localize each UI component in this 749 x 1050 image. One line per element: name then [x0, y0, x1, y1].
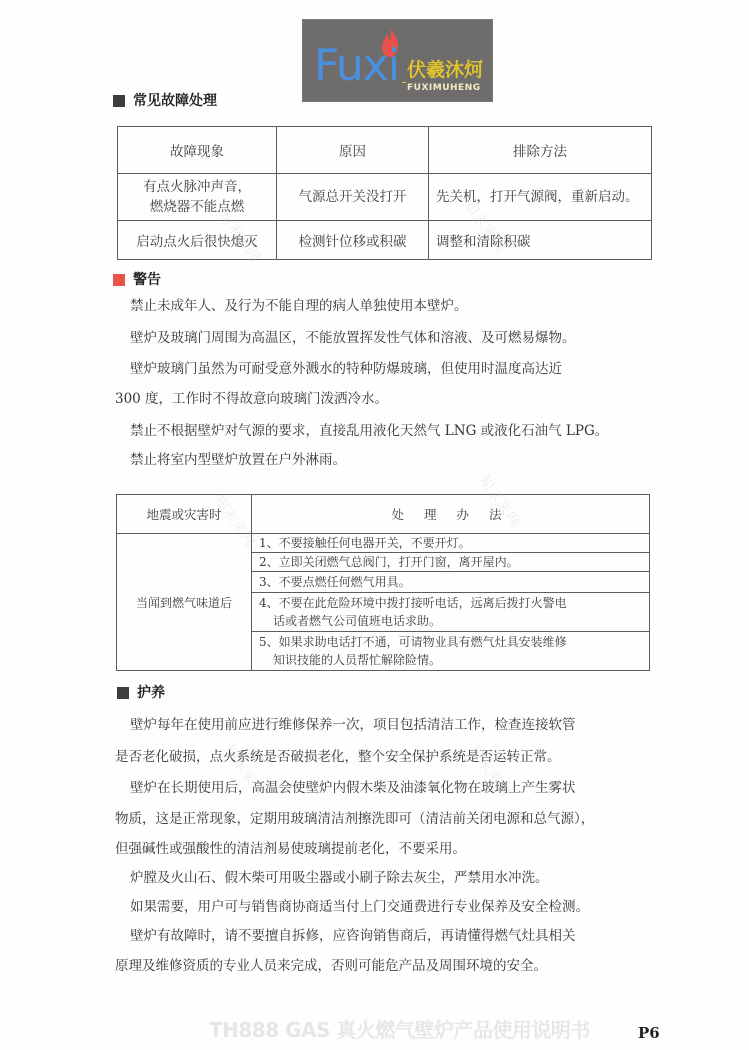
fix-cell: 先关机，打开气源阀，重新启动。	[429, 174, 652, 221]
troubleshooting-table: 故障现象 原因 排除方法 有点火脉冲声音， 燃烧器不能点燃 气源总开关没打开 先…	[117, 126, 652, 260]
step-line: 4、不要在此危险环境中拨打接听电话，远离后拨打火警电	[259, 596, 567, 610]
cause-cell: 检测针位移或积碳	[277, 221, 429, 260]
maintenance-paragraph: 壁炉每年在使用前应进行维修保养一次，项目包括清洁工作，检查连接软管	[130, 716, 630, 734]
square-bullet-icon	[113, 95, 125, 107]
warning-paragraph: 禁止将室内型壁炉放置在户外淋雨。	[130, 451, 630, 469]
fix-cell: 调整和清除积碳	[429, 221, 652, 260]
symptom-cell: 启动点火后很快熄灭	[118, 221, 277, 260]
symptom-line: 燃烧器不能点燃	[118, 197, 276, 217]
maintenance-paragraph-continued: 原理及维修资质的专业人员来完成，否则可能危产品及周围环境的安全。	[115, 957, 615, 975]
section-heading-troubleshooting: 常见故障处理	[113, 92, 217, 110]
situation-cell: 当闻到燃气味道后	[117, 534, 252, 671]
step-line-continued: 知识技能的人员帮忙解除险情。	[259, 651, 649, 669]
table-row: 有点火脉冲声音， 燃烧器不能点燃 气源总开关没打开 先关机，打开气源阀，重新启动…	[118, 174, 652, 221]
brand-english: FUXIMUHENG	[407, 83, 481, 93]
maintenance-paragraph: 如果需要，用户可与销售商协商适当付上门交通费进行专业保养及安全检测。	[130, 898, 630, 916]
symptom-line: 有点火脉冲声音，	[118, 177, 276, 197]
column-header: 处 理 办 法	[252, 495, 650, 534]
brand-logo: Fuxi 伏羲沐炣 FUXIMUHENG	[302, 19, 493, 102]
column-header: 故障现象	[118, 127, 277, 174]
symptom-cell: 有点火脉冲声音， 燃烧器不能点燃	[118, 174, 277, 221]
section-title: 常见故障处理	[133, 92, 217, 110]
step-cell: 1、不要接触任何电器开关，不要开灯。	[252, 534, 650, 553]
table-header-row: 故障现象 原因 排除方法	[118, 127, 652, 174]
maintenance-paragraph: 壁炉在长期使用后，高温会使壁炉内假木柴及油漆氧化物在玻璃上产生雾状	[130, 779, 630, 797]
table-row: 启动点火后很快熄灭 检测针位移或积碳 调整和清除积碳	[118, 221, 652, 260]
page-number: P6	[638, 1024, 660, 1042]
section-heading-maintenance: 护养	[117, 684, 165, 702]
warning-square-icon	[113, 274, 125, 286]
step-line-continued: 话或者燃气公司值班电话求助。	[259, 612, 649, 630]
step-line: 5、如果求助电话打不通，可请物业具有燃气灶具安装维修	[259, 635, 567, 649]
table-header-row: 地震或灾害时 处 理 办 法	[117, 495, 650, 534]
warning-paragraph: 禁止不根据壁炉对气源的要求，直接乱用液化天然气 LNG 或液化石油气 LPG。	[130, 422, 630, 440]
column-header: 排除方法	[429, 127, 652, 174]
column-header: 原因	[277, 127, 429, 174]
maintenance-paragraph: 壁炉有故障时，请不要擅自拆修，应咨询销售商后，再请懂得燃气灶具相关	[130, 927, 630, 945]
step-cell: 2、立即关闭燃气总阀门，打开门窗，离开屋内。	[252, 553, 650, 572]
warning-paragraph: 壁炉及玻璃门周围为高温区，不能放置挥发性气体和溶液、及可燃易爆物。	[130, 329, 630, 347]
brand-latin: Fuxi	[314, 41, 399, 91]
maintenance-paragraph-continued: 物质，这是正常现象，定期用玻璃清洁剂擦洗即可（清洁前关闭电源和总气源），	[115, 810, 615, 828]
manual-page: Fuxi 伏羲沐炣 FUXIMUHENG 常见故障处理 故障现象 原因 排除方法…	[0, 0, 749, 1050]
section-heading-warning: 警告	[113, 271, 161, 289]
warning-paragraph: 禁止未成年人、及行为不能自理的病人单独使用本壁炉。	[130, 297, 630, 315]
emergency-table: 地震或灾害时 处 理 办 法 当闻到燃气味道后 1、不要接触任何电器开关，不要开…	[116, 494, 650, 671]
section-title: 护养	[137, 684, 165, 702]
step-cell: 4、不要在此危险环境中拨打接听电话，远离后拨打火警电 话或者燃气公司值班电话求助…	[252, 593, 650, 632]
maintenance-paragraph-continued: 是否老化破损，点火系统是否破损老化，整个安全保护系统是否运转正常。	[115, 748, 615, 766]
column-header: 地震或灾害时	[117, 495, 252, 534]
table-row: 当闻到燃气味道后 1、不要接触任何电器开关，不要开灯。	[117, 534, 650, 553]
footer-title: TH888 GAS 真火燃气壁炉产品使用说明书	[209, 1018, 590, 1042]
maintenance-paragraph: 炉膛及火山石、假木柴可用吸尘器或小刷子除去灰尘，严禁用水冲洗。	[130, 869, 630, 887]
warning-paragraph: 壁炉玻璃门虽然为可耐受意外溅水的特种防爆玻璃，但使用时温度高达近	[130, 360, 630, 378]
step-cell: 3、不要点燃任何燃气用具。	[252, 572, 650, 593]
logo-divider	[402, 82, 406, 83]
step-cell: 5、如果求助电话打不通，可请物业具有燃气灶具安装维修 知识技能的人员帮忙解除险情…	[252, 632, 650, 671]
cause-cell: 气源总开关没打开	[277, 174, 429, 221]
square-bullet-icon	[117, 687, 129, 699]
warning-paragraph-continued: 300 度，工作时不得故意向玻璃门泼洒冷水。	[115, 390, 615, 408]
maintenance-paragraph-continued: 但强碱性或强酸性的清洁剂易使玻璃提前老化，不要采用。	[115, 840, 615, 858]
section-title: 警告	[133, 271, 161, 289]
brand-chinese: 伏羲沐炣	[407, 59, 483, 81]
